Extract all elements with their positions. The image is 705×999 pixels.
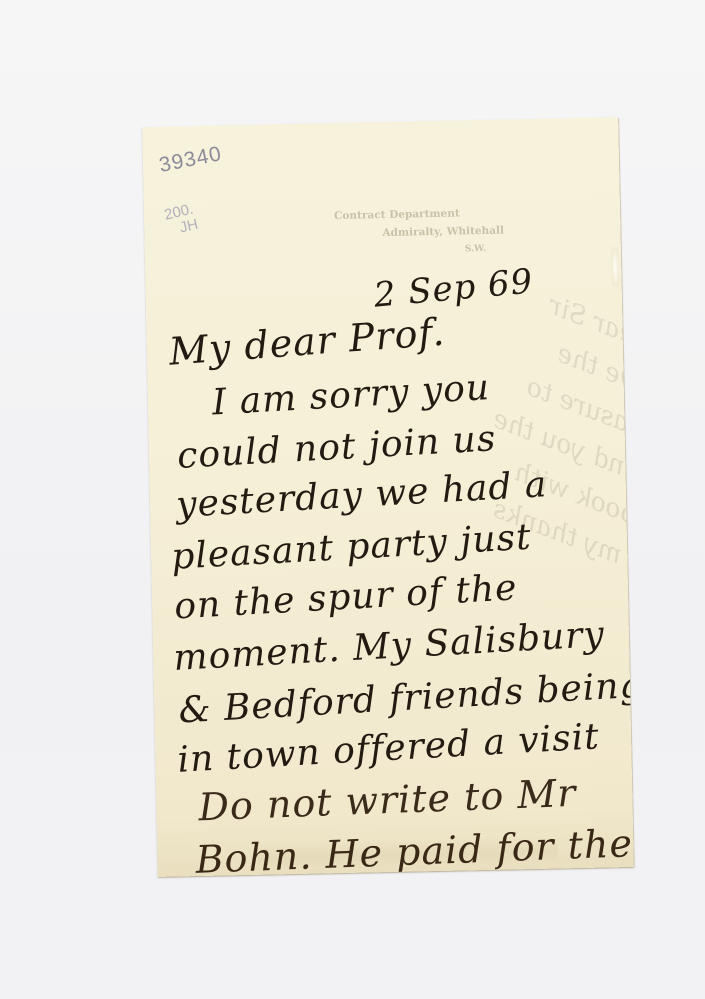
letterhead-line-1: Contract Department [334,207,460,222]
pencil-catalog-number: 39340 [157,142,224,178]
letter-line: could not join us [176,418,497,477]
letter-line: Do not write to Mr [198,771,578,829]
letter-line: on the spur of the [173,567,518,627]
letter-line: I am sorry you [211,367,491,423]
letter-sheet: My dear Sir I have the pleasure to send … [142,117,634,877]
letterhead-line-3: S.W. [335,240,505,262]
letter-line: Bohn. He paid for the [195,821,634,877]
photo-background: My dear Sir I have the pleasure to send … [0,0,705,999]
letter-date: 2 Sep 69 [372,261,535,315]
embossed-letterhead: Contract Department Admiralty, Whitehall… [334,204,505,262]
paper-edge-stain [611,247,620,287]
letter-salutation: My dear Prof. [167,310,446,374]
pencil-price-note: 200. JH [163,201,200,239]
